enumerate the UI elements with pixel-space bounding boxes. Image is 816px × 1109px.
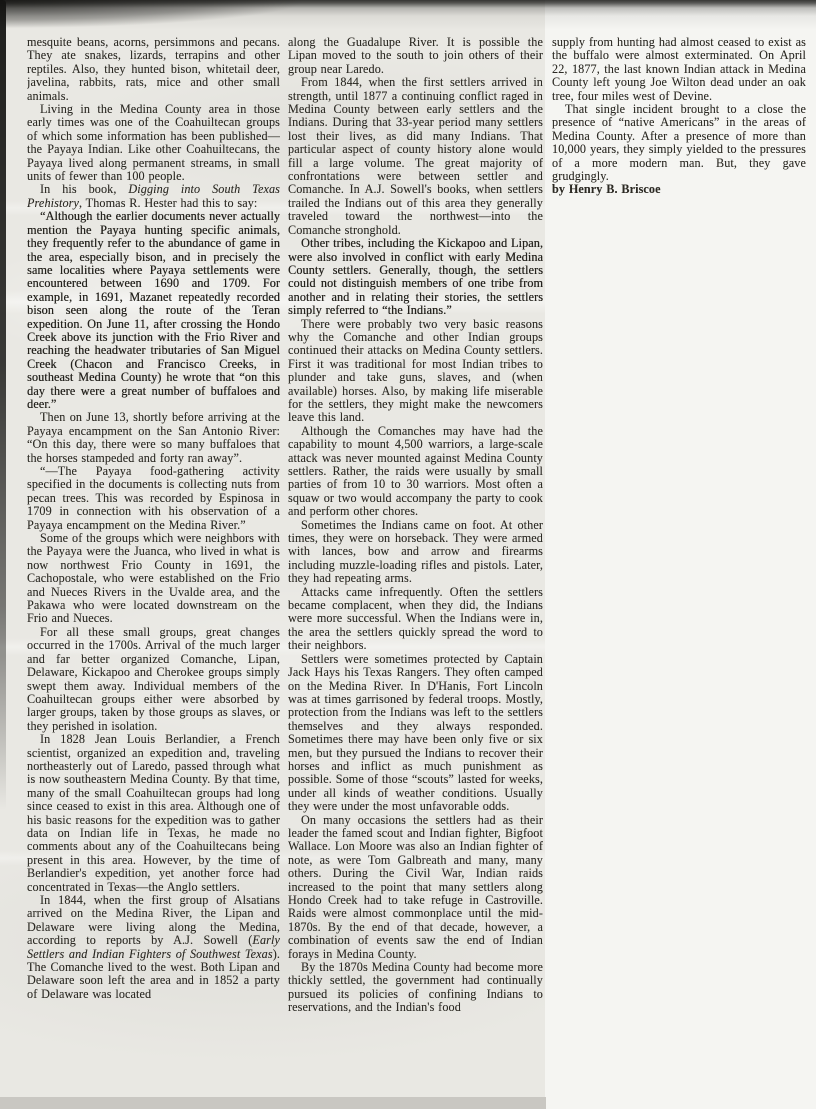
paragraph: In his book, Digging into South Texas Pr…: [27, 183, 280, 210]
text-column-3: supply from hunting had almost ceased to…: [552, 36, 806, 197]
paragraph: On many occasions the settlers had as th…: [288, 814, 543, 961]
paragraph: Some of the groups which were neighbors …: [27, 532, 280, 626]
scan-edge-shadow-top-left: [0, 0, 390, 36]
byline: by Henry B. Briscoe: [552, 183, 806, 196]
paragraph: Other tribes, including the Kickapoo and…: [288, 237, 543, 317]
paragraph: “—The Payaya food-gathering activity spe…: [27, 465, 280, 532]
paragraph: There were probably two very basic reaso…: [288, 318, 543, 425]
paragraph: Living in the Medina County area in thos…: [27, 103, 280, 183]
paragraph: Settlers were sometimes protected by Cap…: [288, 653, 543, 814]
paragraph: mesquite beans, acorns, persimmons and p…: [27, 36, 280, 103]
paragraph: Then on June 13, shortly before arriving…: [27, 411, 280, 465]
text-column-2: along the Guadalupe River. It is possibl…: [288, 36, 543, 1098]
paragraph: Sometimes the Indians came on foot. At o…: [288, 519, 543, 586]
paragraph: In 1844, when the first group of Alsatia…: [27, 894, 280, 1001]
paragraph: From 1844, when the first settlers arriv…: [288, 76, 543, 237]
paragraph: For all these small groups, great change…: [27, 626, 280, 733]
column-3-paragraphs: supply from hunting had almost ceased to…: [552, 36, 806, 183]
paragraph: “Although the earlier documents never ac…: [27, 210, 280, 411]
scan-edge-streak-left: [0, 0, 6, 810]
text-column-1: mesquite beans, acorns, persimmons and p…: [27, 36, 280, 1098]
paragraph: supply from hunting had almost ceased to…: [552, 36, 806, 103]
paragraph: Although the Comanches may have had the …: [288, 425, 543, 519]
paragraph: That single incident brought to a close …: [552, 103, 806, 183]
paragraph: By the 1870s Medina County had become mo…: [288, 961, 543, 1015]
scan-edge-bottom-band: [0, 1097, 546, 1109]
scanned-document-page: mesquite beans, acorns, persimmons and p…: [0, 0, 816, 1109]
paragraph: Attacks came infrequently. Often the set…: [288, 586, 543, 653]
paragraph: In 1828 Jean Louis Berlandier, a French …: [27, 733, 280, 894]
paragraph: along the Guadalupe River. It is possibl…: [288, 36, 543, 76]
